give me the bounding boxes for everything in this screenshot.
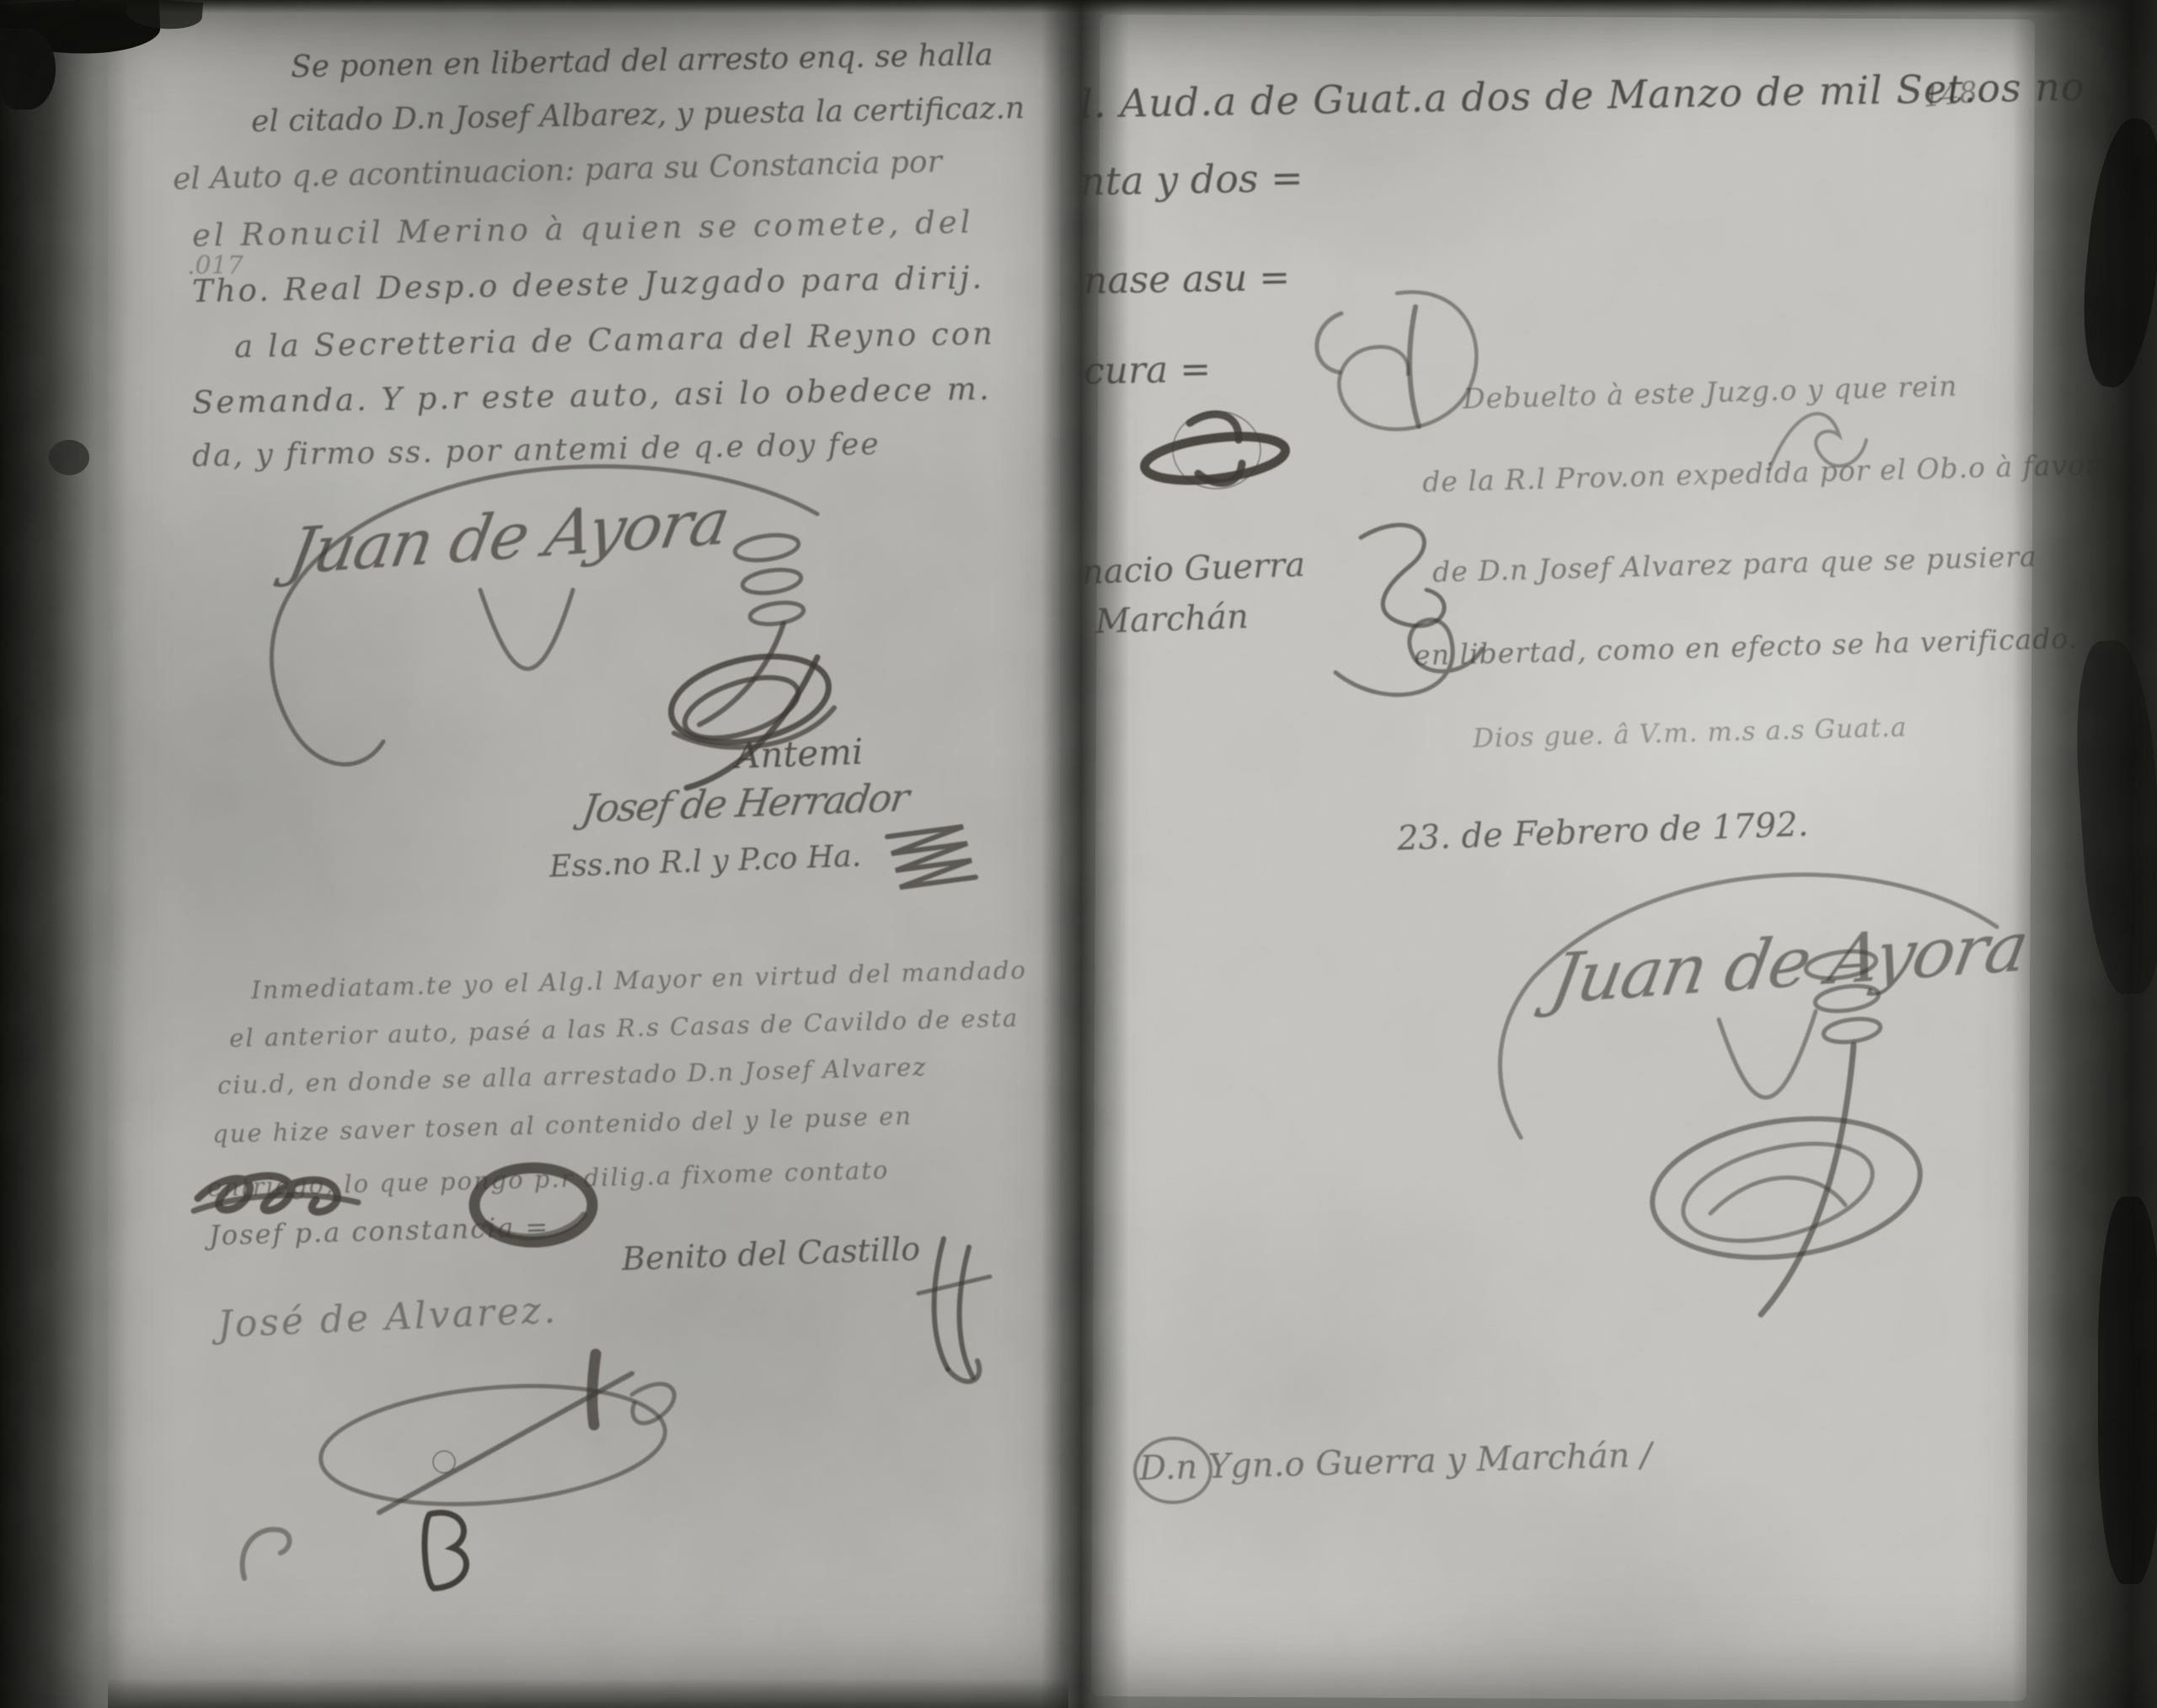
diligencia-line: que hize saver tosen al contenido del y … — [212, 1101, 913, 1148]
diligencia-line: ciu.d, en donde se alla arrestado D.n Jo… — [217, 1052, 928, 1100]
ink-ring-blot — [462, 1156, 605, 1249]
handwriting-layer: 148. Se ponen en libertad del arresto en… — [0, 0, 2157, 1708]
left-body-line: el Ronucil Merino à quien se comete, del — [192, 204, 974, 254]
left-body-line: Tho. Real Desp.o deeste Juzgado para dir… — [192, 260, 985, 309]
right-body-line: en libertad, como en efecto se ha verifi… — [1414, 622, 2079, 672]
castillo-ff-rubric — [906, 1234, 998, 1395]
right-margin-fragment: nase asu = — [1084, 256, 1291, 303]
ink-blot-doodle — [1139, 389, 1291, 516]
escribano-title-line: Ess.no R.l y P.co Ha. — [549, 839, 861, 885]
bottom-rubric-flourish — [299, 1344, 687, 1538]
left-body-line: el citado D.n Josef Albarez, y puesta la… — [251, 91, 1025, 139]
inline-rubric — [1748, 389, 1875, 490]
pencil-hook-mark — [234, 1515, 302, 1587]
right-header-line: nta y dos = — [1080, 155, 1304, 205]
left-body-line: Se ponen en libertad del arresto enq. se… — [291, 38, 993, 85]
diligencia-line: el anterior auto, pasé a las R.s Casas d… — [229, 1004, 1020, 1053]
margin-mark: .017 — [187, 251, 244, 281]
left-body-line: a la Secretteria de Camara del Reyno con — [234, 315, 996, 365]
signature-marchan: Marchán — [1095, 597, 1249, 641]
right-body-line: Debuelto à este Juzg.o y que rein — [1463, 369, 1958, 415]
signature-flourish — [1458, 851, 2047, 1323]
ante-mi-label: Antemi — [734, 731, 864, 776]
right-body-line: de D.n Josef Alvarez para que se pusiera — [1432, 540, 2038, 589]
footer-initial-circle — [1129, 1428, 1222, 1513]
right-margin-fragment: cura = — [1084, 348, 1212, 394]
guerra-rubric — [1302, 504, 1496, 723]
right-header-line: l. Aud.a de Guat.a dos de Manzo de mil S… — [1080, 64, 2085, 127]
manuscript-scan: 148. Se ponen en libertad del arresto en… — [0, 0, 2157, 1708]
signature-jose-de-alvarez: José de Alvarez. — [217, 1288, 559, 1347]
film-scratch-mark — [409, 1504, 484, 1601]
signature-benito-del-castillo: Benito del Castillo — [621, 1230, 920, 1277]
valediction-line: Dios gue. â V.m. m.s a.s Guat.a — [1473, 712, 1908, 753]
signature-ignacio-guerra: nacio Guerra — [1081, 545, 1306, 592]
capital-d-flourish — [1298, 278, 1500, 455]
diligencia-line: Inmediatam.te yo el Alg.l Mayor en virtu… — [251, 956, 1028, 1004]
crosshatch-rubric — [883, 822, 984, 910]
ink-scribble — [190, 1156, 367, 1232]
left-body-line: el Auto q.e acontinuacion: para su Const… — [173, 145, 943, 197]
left-body-line: Semanda. Y p.r este auto, asi lo obedece… — [192, 371, 992, 421]
